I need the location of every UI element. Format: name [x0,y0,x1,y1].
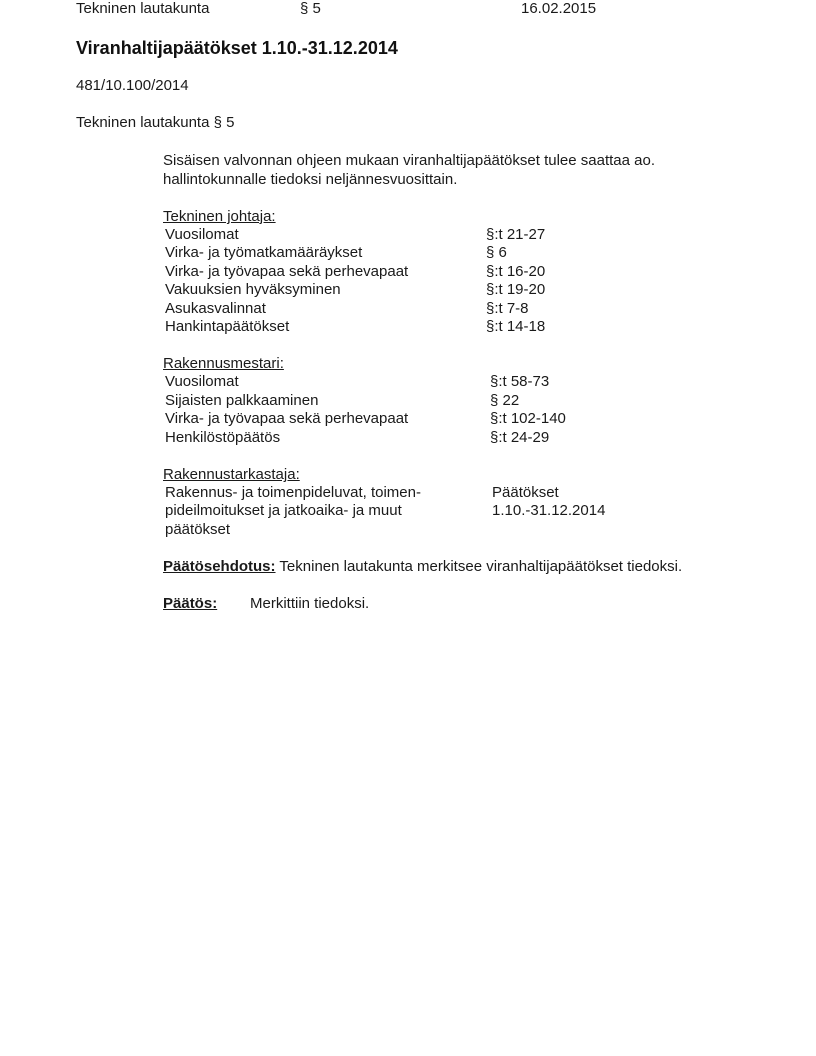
row-value: §:t 7-8 [486,300,529,318]
row-value: §:t 21-27 [486,226,545,244]
row-label: Henkilöstöpäätös [165,429,490,447]
decision-row: Virka- ja työvapaa sekä perhevapaat §:t … [163,263,763,281]
row-value: §:t 19-20 [486,281,545,299]
decision-text: Merkittiin tiedoksi. [250,595,369,613]
section-reference: Tekninen lautakunta § 5 [76,114,234,132]
row-label: Asukasvalinnat [165,300,486,318]
row-value: §:t 102-140 [490,410,566,428]
proposal-text: Tekninen lautakunta merkitsee viranhalti… [279,558,682,575]
proposal-label: Päätösehdotus: [163,558,276,575]
row-value-line: Päätökset [492,484,605,502]
row-value: §:t 58-73 [490,373,549,391]
decision-proposal: Päätösehdotus: Tekninen lautakunta merki… [163,558,763,576]
row-label: Virka- ja työmatkamääräykset [165,244,486,262]
decision-row: Virka- ja työvapaa sekä perhevapaat §:t … [163,410,763,428]
intro-paragraph: Sisäisen valvonnan ohjeen mukaan viranha… [163,151,763,189]
group-heading: Tekninen johtaja: [163,208,763,226]
row-value-line: 1.10.-31.12.2014 [492,502,605,520]
row-value: §:t 14-18 [486,318,545,336]
group-rakennusmestari: Rakennusmestari: Vuosilomat §:t 58-73 Si… [163,355,763,447]
row-value: Päätökset 1.10.-31.12.2014 [492,484,605,539]
decision-row: Sijaisten palkkaaminen § 22 [163,392,763,410]
row-label: Vakuuksien hyväksyminen [165,281,486,299]
row-value: § 22 [490,392,519,410]
decision-row: Vuosilomat §:t 21-27 [163,226,763,244]
row-label: Hankintapäätökset [165,318,486,336]
document-title: Viranhaltijapäätökset 1.10.-31.12.2014 [76,37,398,59]
group-heading: Rakennusmestari: [163,355,763,373]
decision-row: Vuosilomat §:t 58-73 [163,373,763,391]
row-label: Sijaisten palkkaaminen [165,392,490,410]
decision: Päätös: Merkittiin tiedoksi. [163,595,763,613]
document-number: 481/10.100/2014 [76,77,189,95]
group-tekninen-johtaja: Tekninen johtaja: Vuosilomat §:t 21-27 V… [163,208,763,336]
decision-row: Asukasvalinnat §:t 7-8 [163,300,763,318]
document-body: Sisäisen valvonnan ohjeen mukaan viranha… [163,151,763,613]
row-label: Rakennus- ja toimenpideluvat, toimen- pi… [165,484,492,539]
intro-line: Sisäisen valvonnan ohjeen mukaan viranha… [163,152,655,169]
decision-label: Päätös: [163,595,250,613]
row-value: §:t 16-20 [486,263,545,281]
decision-row: Virka- ja työmatkamääräykset § 6 [163,244,763,262]
row-value: § 6 [486,244,507,262]
intro-line: hallintokunnalle tiedoksi neljännesvuosi… [163,171,457,188]
row-label-line: päätökset [165,521,492,539]
row-label-line: pideilmoitukset ja jatkoaika- ja muut [165,502,492,520]
header-organization: Tekninen lautakunta [76,0,209,18]
row-label: Vuosilomat [165,226,486,244]
group-heading: Rakennustarkastaja: [163,466,763,484]
header-date: 16.02.2015 [521,0,596,18]
decision-row: Henkilöstöpäätös §:t 24-29 [163,429,763,447]
row-label: Virka- ja työvapaa sekä perhevapaat [165,263,486,281]
decision-row: Hankintapäätökset §:t 14-18 [163,318,763,336]
decision-row: Rakennus- ja toimenpideluvat, toimen- pi… [163,484,763,539]
row-label: Vuosilomat [165,373,490,391]
row-label-line: Rakennus- ja toimenpideluvat, toimen- [165,484,492,502]
row-value: §:t 24-29 [490,429,549,447]
decision-row: Vakuuksien hyväksyminen §:t 19-20 [163,281,763,299]
group-rakennustarkastaja: Rakennustarkastaja: Rakennus- ja toimenp… [163,466,763,539]
header-section: § 5 [300,0,321,18]
row-label: Virka- ja työvapaa sekä perhevapaat [165,410,490,428]
